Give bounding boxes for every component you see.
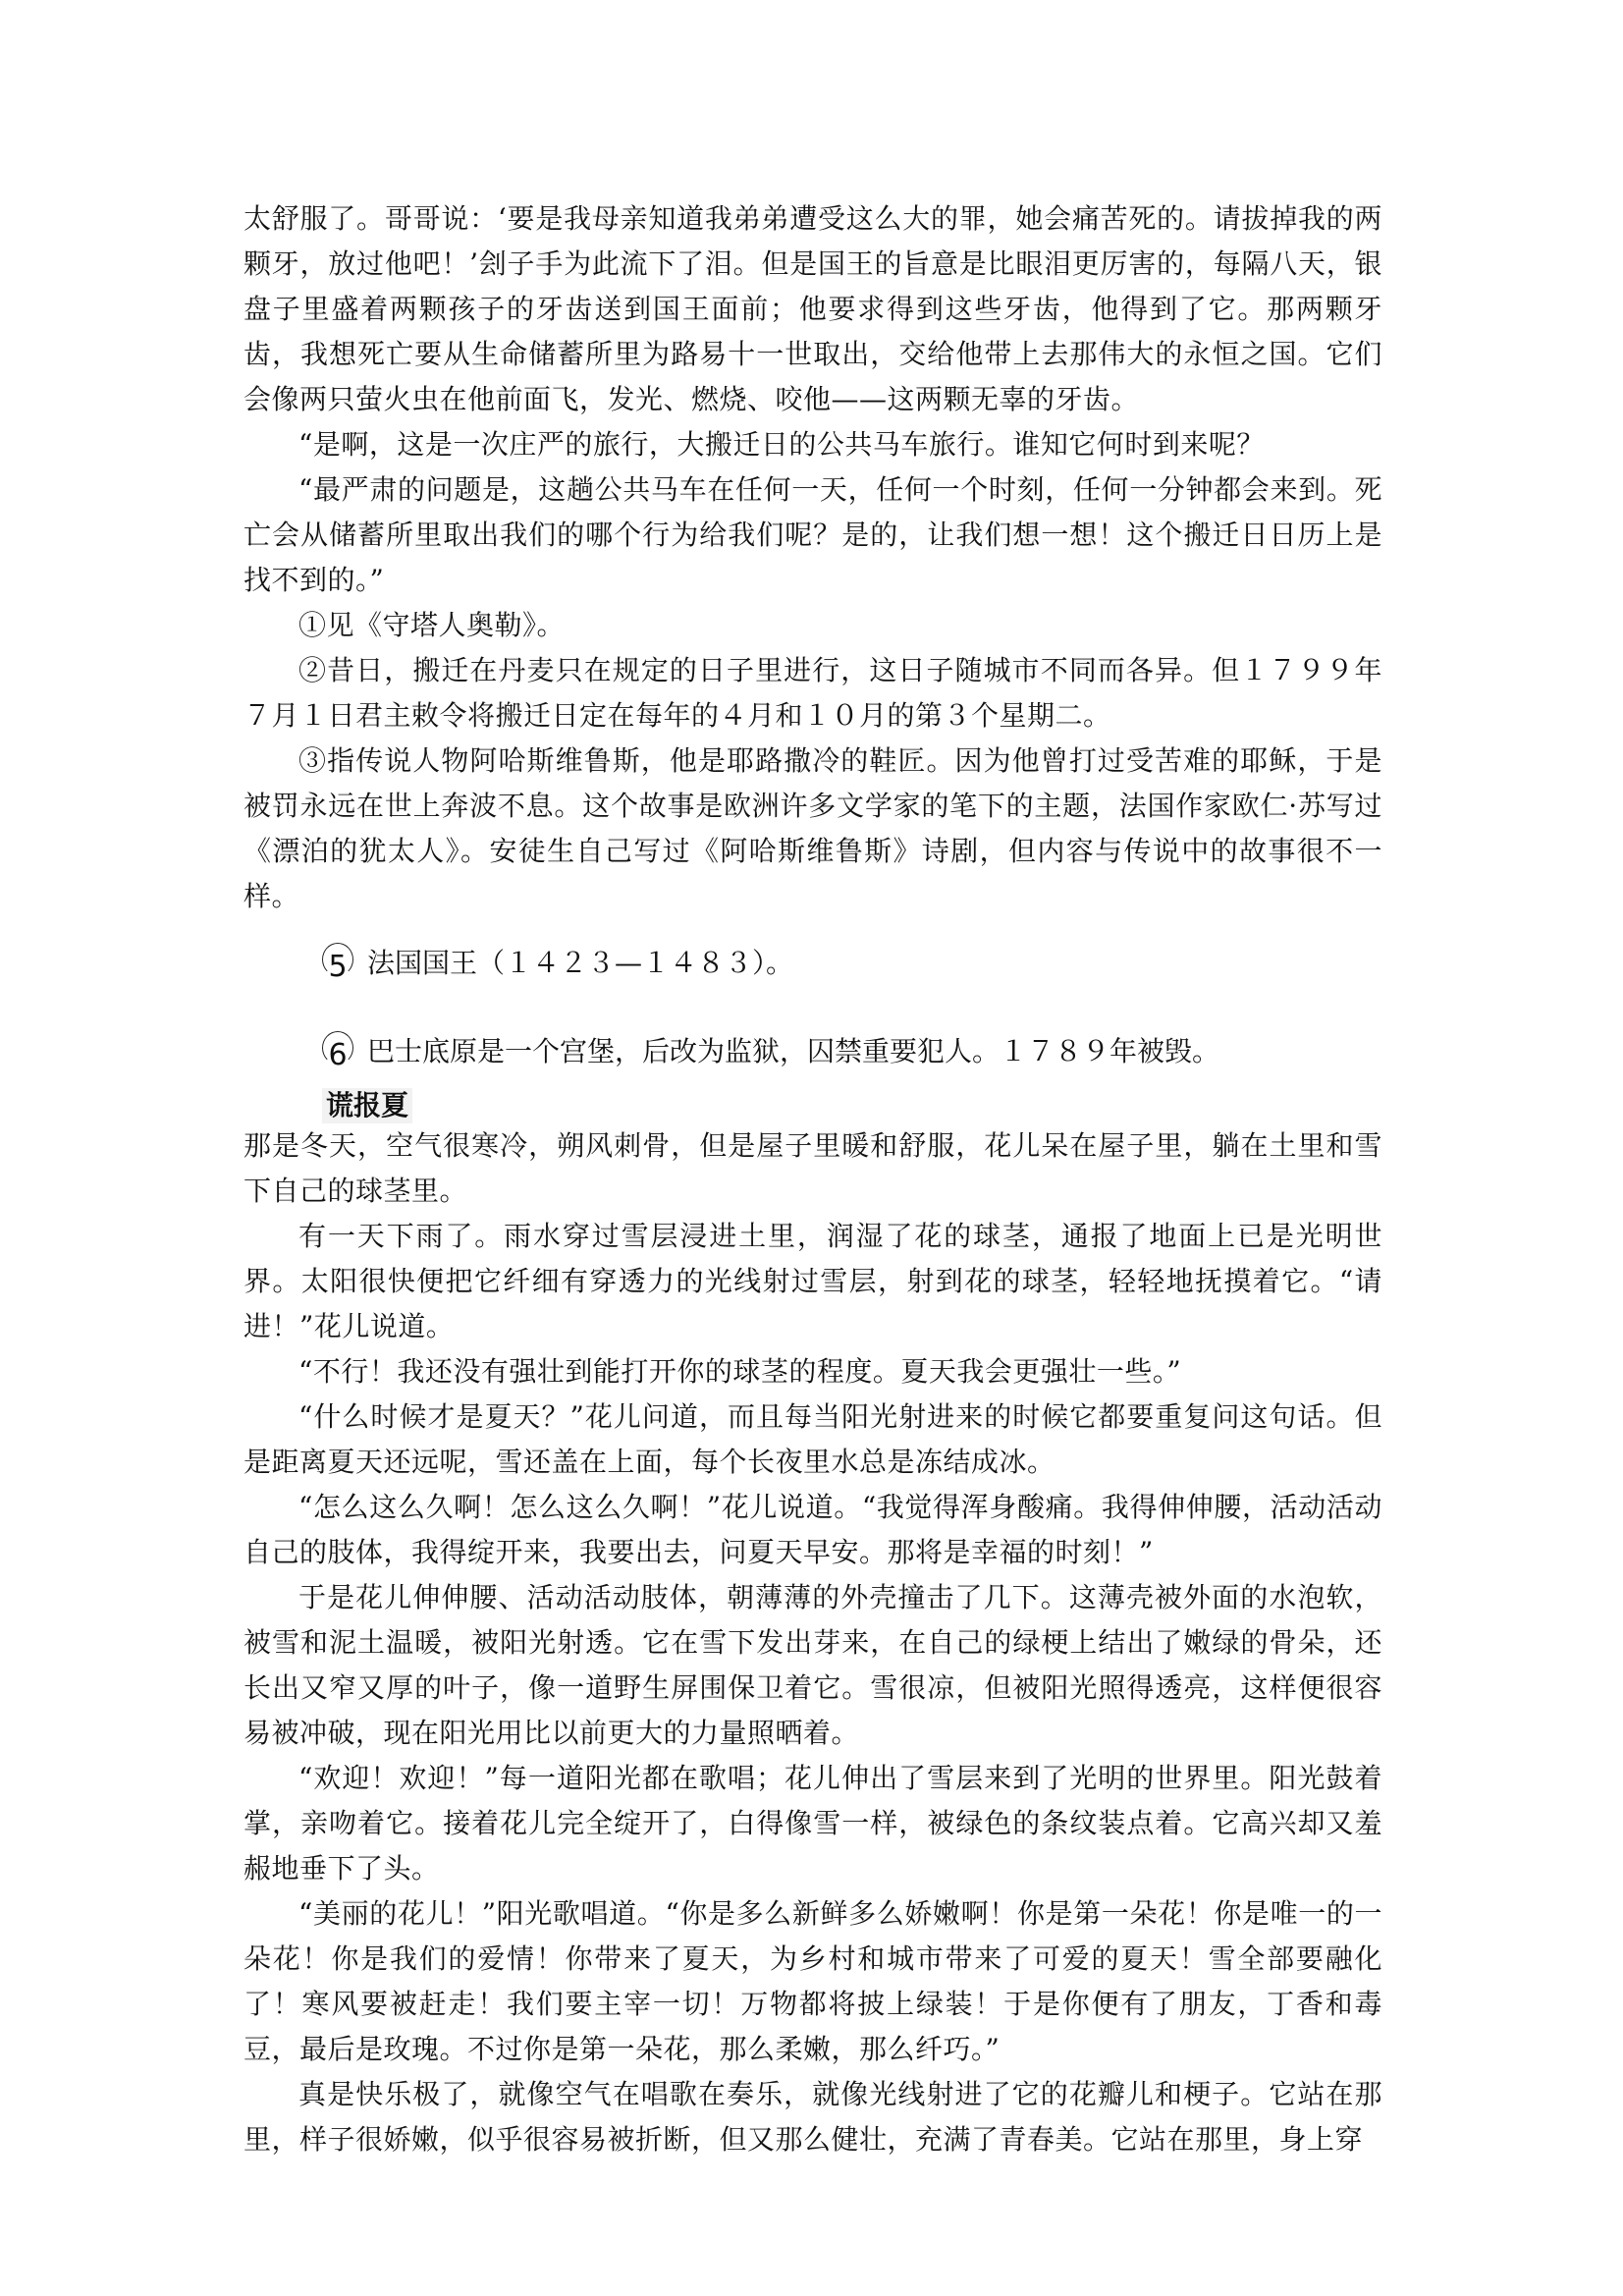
story-paragraph-6: 于是花儿伸伸腰、活动活动肢体，朝薄薄的外壳撞击了几下。这薄壳被外面的水泡软，被雪… <box>243 1575 1382 1756</box>
story-paragraph-2: 有一天下雨了。雨水穿过雪层浸进土里，润湿了花的球茎，通报了地面上已是光明世界。太… <box>243 1214 1382 1349</box>
paragraph-serious-question: “最严肃的问题是，这趟公共马车在任何一天，任何一个时刻，任何一分钟都会来到。死亡… <box>243 467 1382 603</box>
circled-number-6-icon: 6 <box>322 1031 353 1065</box>
footnote-5: 5 法国国王（１４２３—１４８３）。 <box>243 941 1382 986</box>
story-paragraph-5: “怎么这么久啊！怎么这么久啊！”花儿说道。“我觉得浑身酸痛。我得伸伸腰，活动活动… <box>243 1485 1382 1575</box>
story-paragraph-9: 真是快乐极了，就像空气在唱歌在奏乐，就像光线射进了它的花瓣儿和梗子。它站在那里，… <box>243 2072 1382 2162</box>
circled-number-5-icon: 5 <box>322 943 353 976</box>
document-page: 太舒服了。哥哥说：‘要是我母亲知道我弟弟遭受这么大的罪，她会痛苦死的。请拔掉我的… <box>243 196 1382 2162</box>
footnote-3: ③指传说人物阿哈斯维鲁斯，他是耶路撒冷的鞋匠。因为他曾打过受苦难的耶稣，于是被罚… <box>243 738 1382 919</box>
story-paragraph-3: “不行！我还没有强壮到能打开你的球茎的程度。夏天我会更强壮一些。” <box>243 1349 1382 1394</box>
footnote-2: ②昔日，搬迁在丹麦只在规定的日子里进行，这日子随城市不同而各异。但１７９９年７月… <box>243 648 1382 738</box>
story-paragraph-8: “美丽的花儿！”阳光歌唱道。“你是多么新鲜多么娇嫩啊！你是第一朵花！你是唯一的一… <box>243 1891 1382 2072</box>
story-paragraph-4: “什么时候才是夏天？”花儿问道，而且每当阳光射进来的时候它都要重复问这句话。但是… <box>243 1394 1382 1485</box>
story-paragraph-7: “欢迎！欢迎！”每一道阳光都在歌唱；花儿伸出了雪层来到了光明的世界里。阳光鼓着掌… <box>243 1756 1382 1891</box>
footnote-6: 6 巴士底原是一个宫堡，后改为监狱，囚禁重要犯人。１７８９年被毁。 <box>243 1029 1382 1074</box>
story-title: 谎报夏 <box>322 1088 412 1123</box>
paragraph-solemn-journey: “是啊，这是一次庄严的旅行，大搬迁日的公共马车旅行。谁知它何时到来呢？ <box>243 422 1382 467</box>
story-paragraph-1: 那是冬天，空气很寒冷，朔风刺骨，但是屋子里暖和舒服，花儿呆在屋子里，躺在土里和雪… <box>243 1123 1382 1214</box>
footnote-5-text: 法国国王（１４２３—１４８３）。 <box>367 941 793 986</box>
footnote-6-text: 巴士底原是一个宫堡，后改为监狱，囚禁重要犯人。１７８９年被毁。 <box>367 1029 1219 1074</box>
footnote-1: ①见《守塔人奥勒》。 <box>243 603 1382 648</box>
paragraph-continuation: 太舒服了。哥哥说：‘要是我母亲知道我弟弟遭受这么大的罪，她会痛苦死的。请拔掉我的… <box>243 196 1382 422</box>
